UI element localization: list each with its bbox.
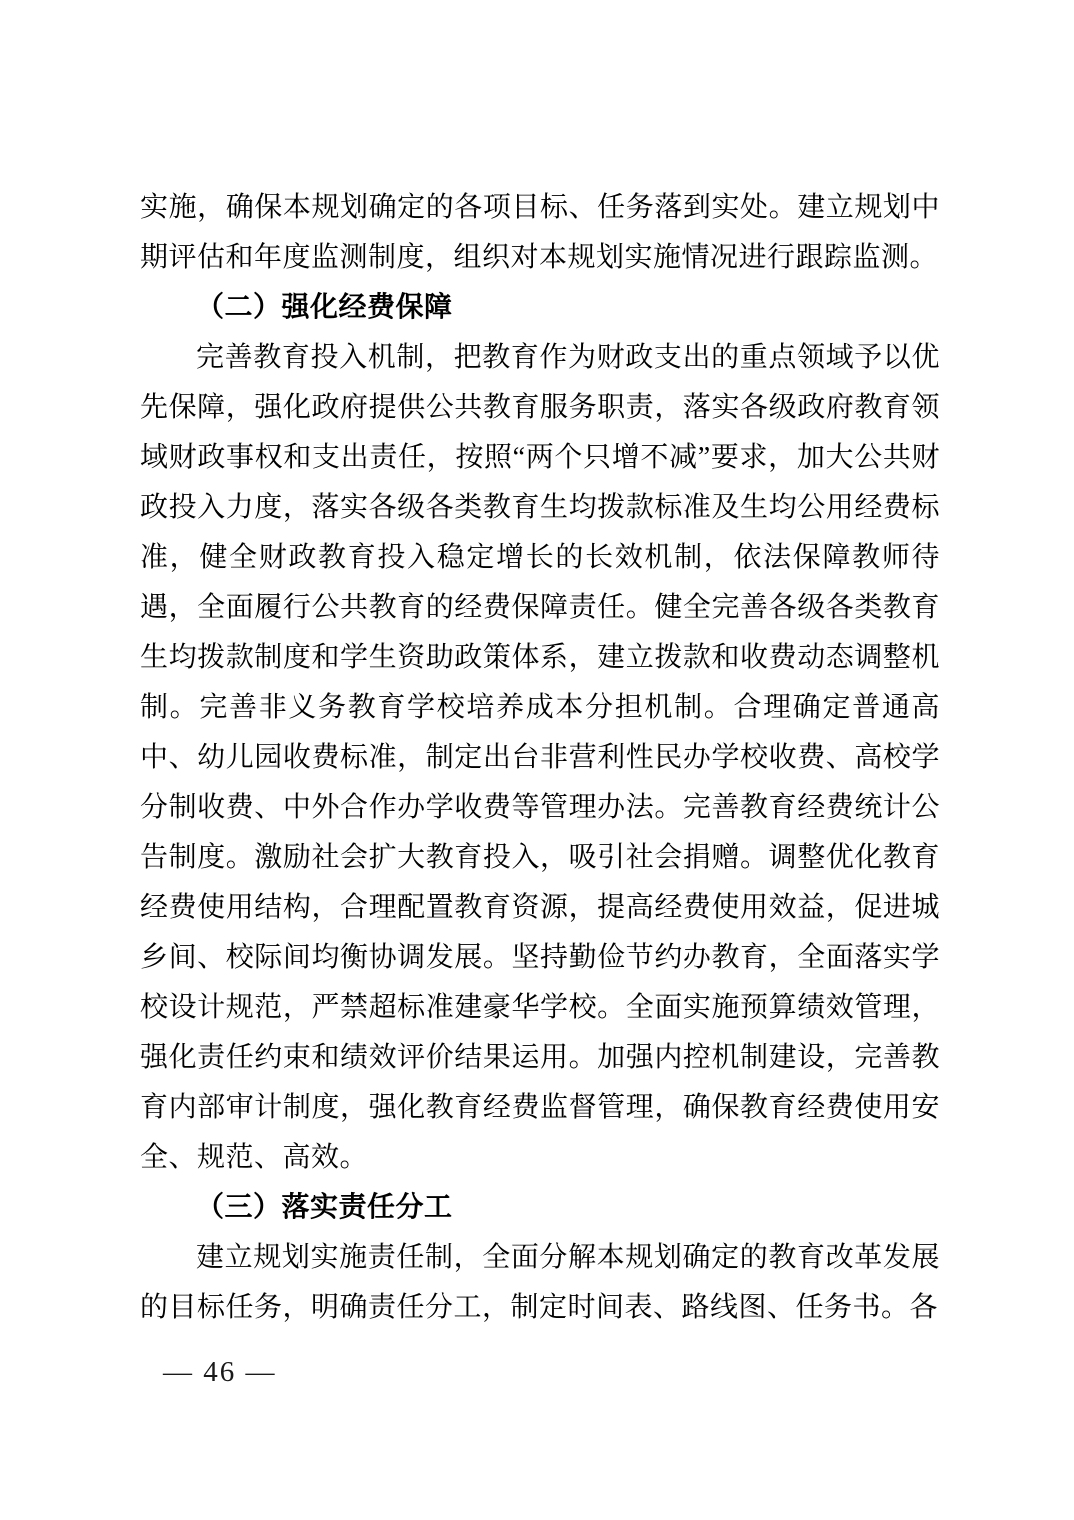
document-page: 实施，确保本规划确定的各项目标、任务落到实处。建立规划中期评估和年度监测制度，组…	[0, 0, 1074, 1520]
body-paragraph: 完善教育投入机制，把教育作为财政支出的重点领域予以优先保障，强化政府提供公共教育…	[140, 333, 940, 1183]
body-paragraph: 建立规划实施责任制，全面分解本规划确定的教育改革发展的目标任务，明确责任分工，制…	[140, 1233, 940, 1333]
page-footer: — 46 —	[163, 1352, 277, 1392]
page-number: — 46 —	[163, 1356, 277, 1388]
section-heading: （二）强化经费保障	[140, 283, 940, 333]
section-heading: （三）落实责任分工	[140, 1183, 940, 1233]
document-body: 实施，确保本规划确定的各项目标、任务落到实处。建立规划中期评估和年度监测制度，组…	[140, 183, 940, 1333]
body-paragraph: 实施，确保本规划确定的各项目标、任务落到实处。建立规划中期评估和年度监测制度，组…	[140, 183, 940, 283]
